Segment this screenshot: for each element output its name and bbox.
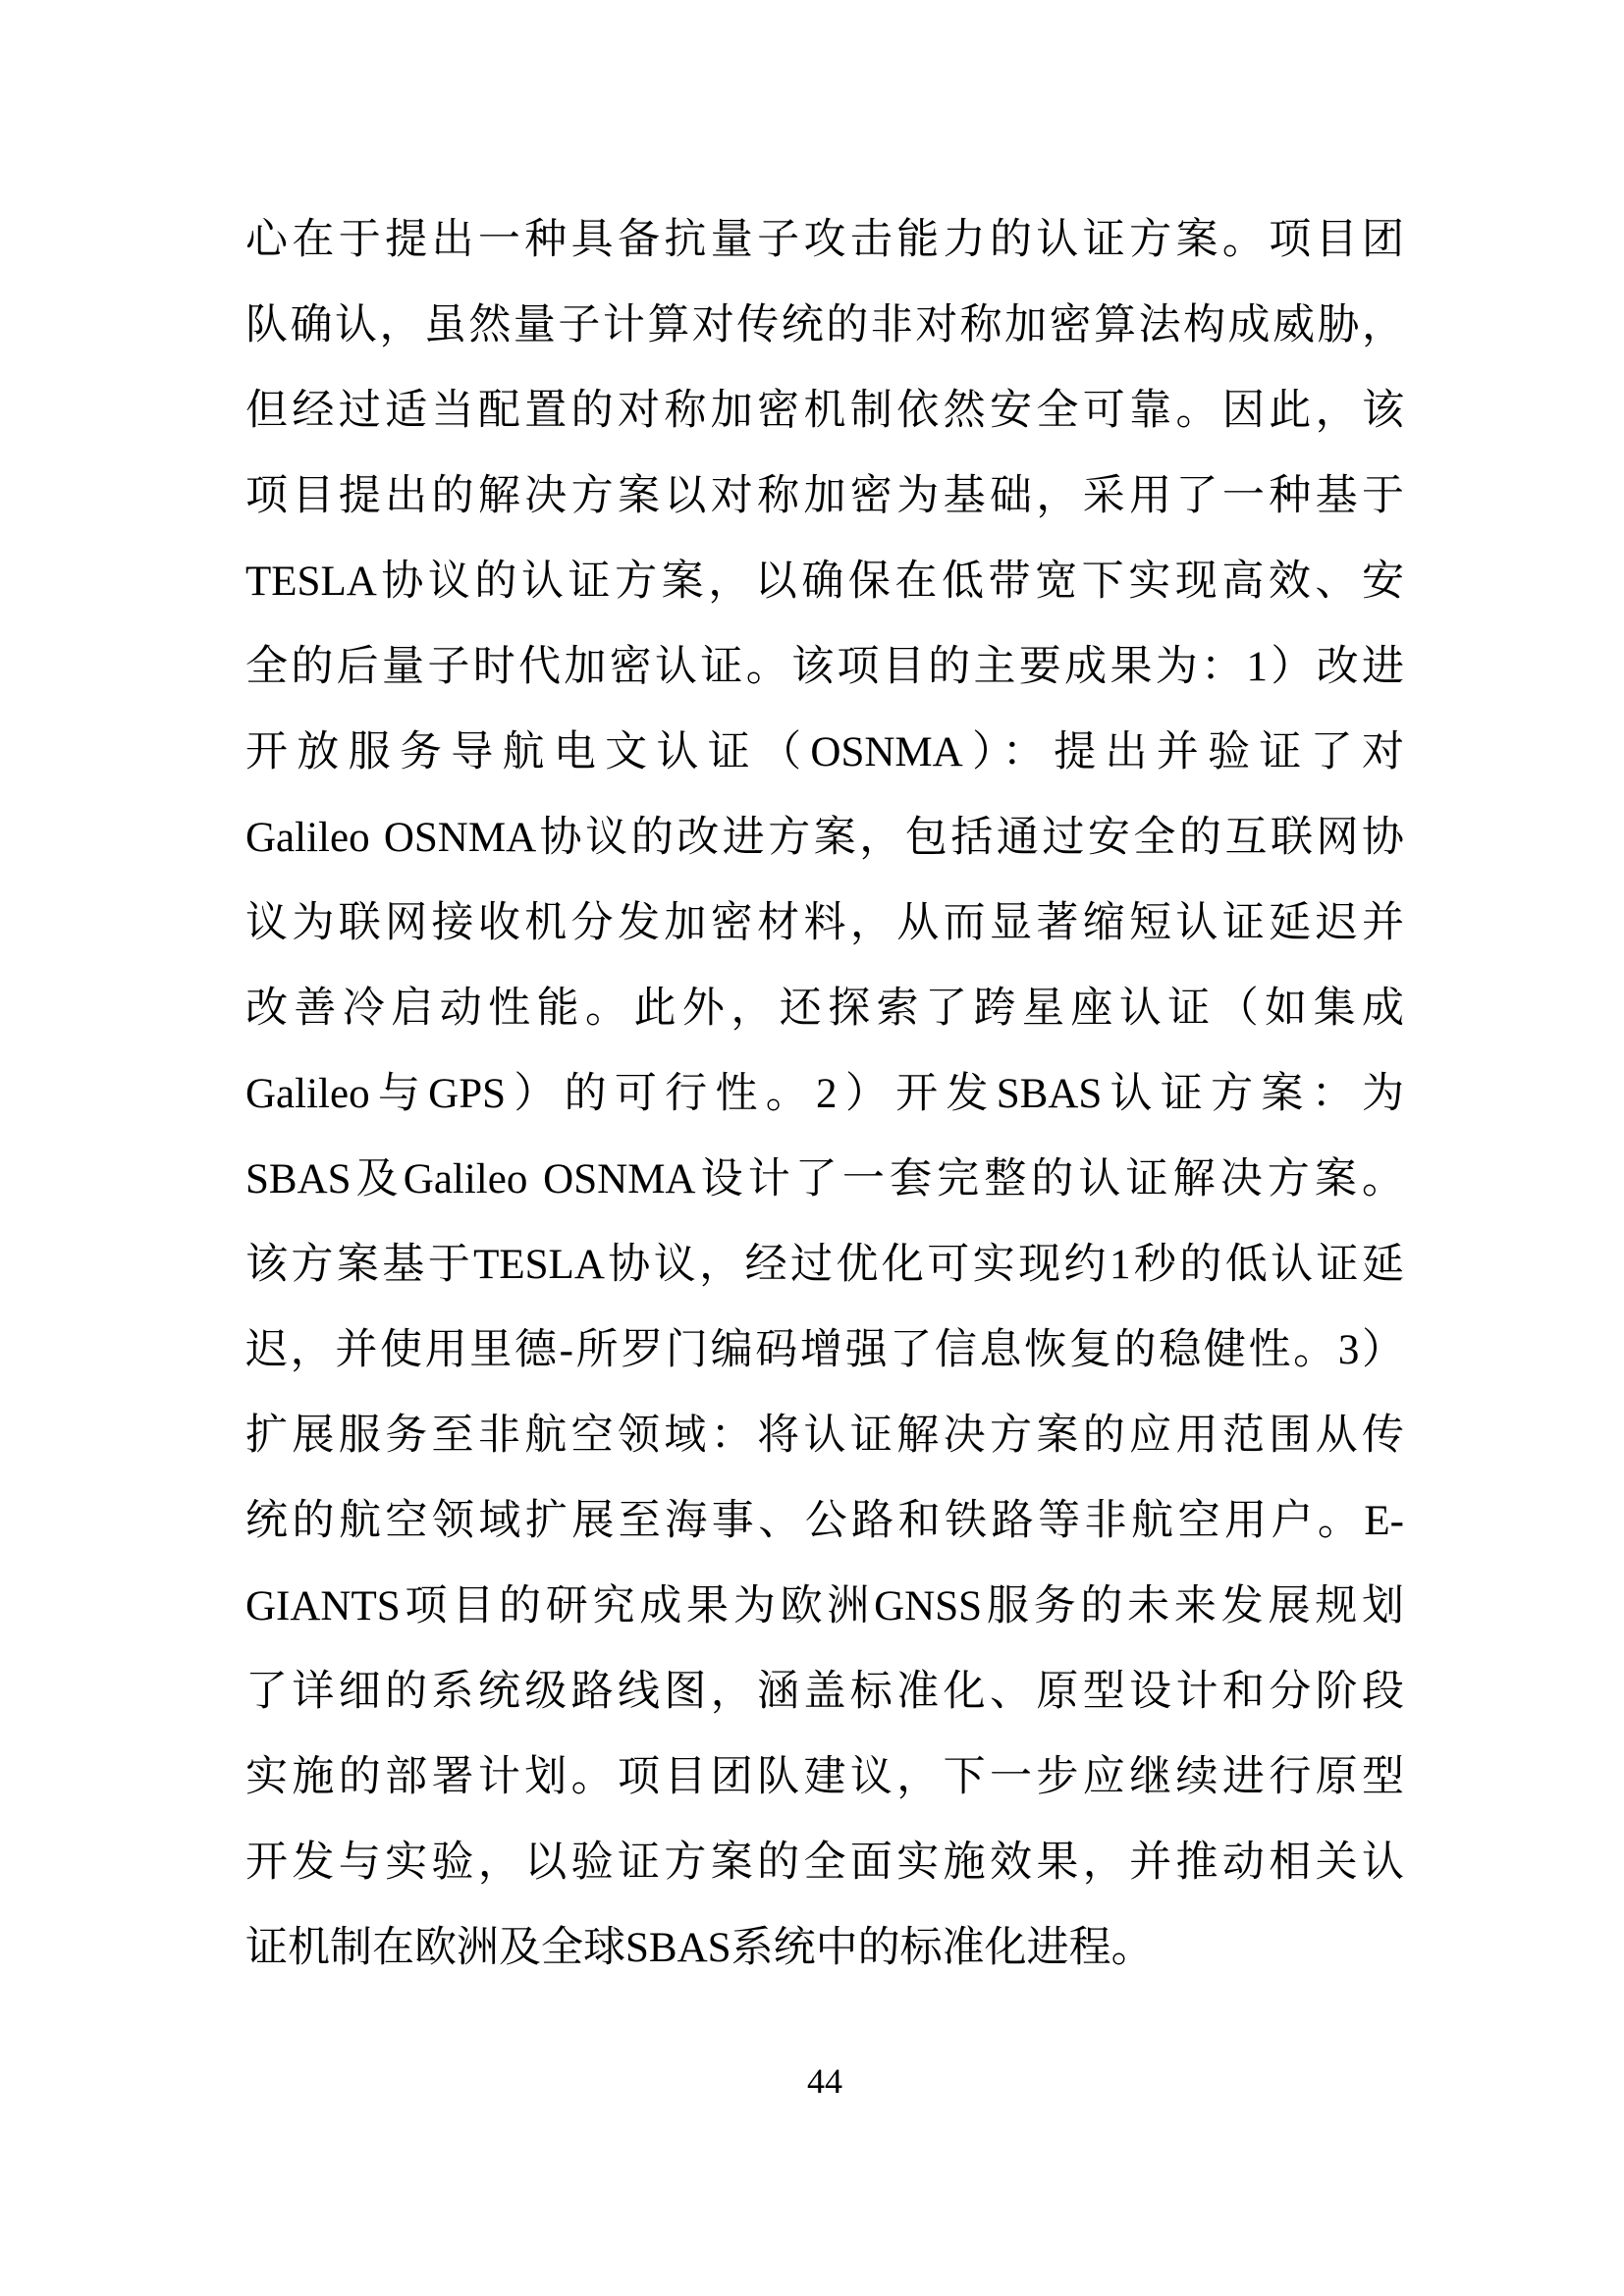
text-line-5: TESLA协议的认证方案，以确保在低带宽下实现高效、安	[245, 539, 1404, 624]
text-line-4: 项目提出的解决方案以对称加密为基础，采用了一种基于	[245, 454, 1404, 539]
text-line-18: 了详细的系统级路线图，涵盖标准化、原型设计和分阶段	[245, 1649, 1404, 1735]
text-line-20: 开发与实验，以验证方案的全面实施效果，并推动相关认	[245, 1820, 1404, 1905]
text-line-10: 改善冷启动性能。此外，还探索了跨星座认证（如集成	[245, 966, 1404, 1051]
text-line-6: 全的后量子时代加密认证。该项目的主要成果为：1）改进	[245, 624, 1404, 710]
text-line-7: 开放服务导航电文认证（OSNMA）：提出并验证了对	[245, 710, 1404, 795]
text-line-21: 证机制在欧洲及全球SBAS系统中的标准化进程。	[245, 1905, 1404, 1991]
text-line-16: 统的航空领域扩展至海事、公路和铁路等非航空用户。E-	[245, 1478, 1404, 1564]
text-line-19: 实施的部署计划。项目团队建议，下一步应继续进行原型	[245, 1735, 1404, 1820]
text-line-14: 迟，并使用里德-所罗门编码增强了信息恢复的稳健性。3）	[245, 1308, 1404, 1393]
text-line-3: 但经过适当配置的对称加密机制依然安全可靠。因此，该	[245, 368, 1404, 454]
document-page: 心在于提出一种具备抗量子攻击能力的认证方案。项目团队确认，虽然量子计算对传统的非…	[0, 0, 1624, 2296]
text-line-13: 该方案基于TESLA协议，经过优化可实现约1秒的低认证延	[245, 1222, 1404, 1308]
text-line-15: 扩展服务至非航空领域：将认证解决方案的应用范围从传	[245, 1393, 1404, 1478]
page-number: 44	[245, 2056, 1404, 2106]
text-line-2: 队确认，虽然量子计算对传统的非对称加密算法构成威胁，	[245, 283, 1404, 368]
text-line-8: Galileo OSNMA协议的改进方案，包括通过安全的互联网协	[245, 795, 1404, 881]
text-line-1: 心在于提出一种具备抗量子攻击能力的认证方案。项目团	[245, 197, 1404, 283]
text-line-12: SBAS及Galileo OSNMA设计了一套完整的认证解决方案。	[245, 1137, 1404, 1222]
text-line-17: GIANTS项目的研究成果为欧洲GNSS服务的未来发展规划	[245, 1564, 1404, 1649]
text-line-9: 议为联网接收机分发加密材料，从而显著缩短认证延迟并	[245, 881, 1404, 966]
text-line-11: Galileo与GPS）的可行性。2）开发SBAS认证方案：为	[245, 1051, 1404, 1137]
body-paragraph: 心在于提出一种具备抗量子攻击能力的认证方案。项目团队确认，虽然量子计算对传统的非…	[245, 197, 1404, 1991]
